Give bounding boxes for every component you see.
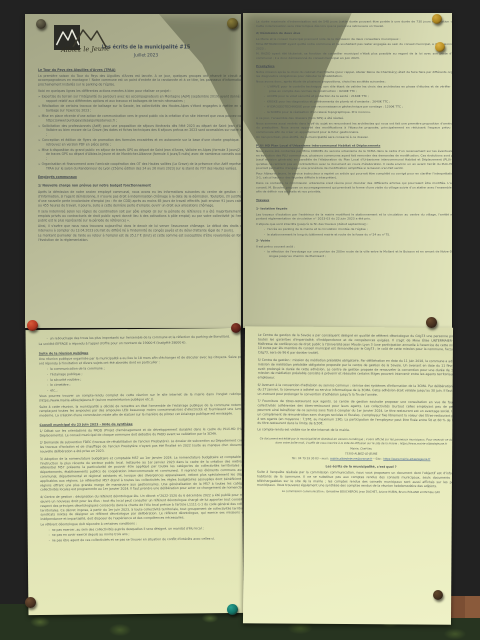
section-heading: 1- Isolation façade [256,207,452,211]
pushpin-red-middle-left [27,320,38,331]
paragraph: Suite à cette réunion, la municipalité a… [39,403,243,418]
paragraph: Pour Albiez-le-Jeune, le service instruc… [256,172,452,181]
paragraph: La société EIFFAGE a répondu à l'appel d… [39,340,244,347]
text: Tél : 04 79 59 30 83 – mail : [292,457,330,460]
page-content: La durée maximale d'indemnisation est de… [243,13,452,259]
paragraph: Nous avons donc, après étude de plusieur… [256,80,452,84]
newsletter-sheet-top-left: Albiez le Jeune Les écrits de la municip… [25,14,241,328]
paragraph: Nous avons été contactés par Mme CORDEL … [256,150,452,171]
pushpin-brown-bottom-right [433,590,443,600]
paragraph: Suite à l'enquête réalisée par la commis… [257,470,453,489]
dash-item: la réfection de l'enrobage sur une porti… [256,250,452,259]
pushpin-olive-top-center [227,18,238,29]
paragraph: Le compte-rendu est visible sur le site … [257,428,453,434]
paragraph: La première saison du Tour du Pays des A… [38,74,241,87]
link-text: https://www.mairie-albiezlejeune.fr [383,458,430,461]
paragraph: 7/ Fourniture de titres-restaurant aux a… [257,400,453,428]
dash-item: HYDROGEOTECHNIQUE pour une reconnaissanc… [256,105,452,109]
newsletter-sheet-top-right: La durée maximale d'indemnisation est de… [243,13,452,328]
paragraph: Ainsi, il s'avère que nous nous trouvons… [38,224,241,233]
pushpin-brown-bottom-left [25,597,36,608]
text: – Site : [372,457,383,460]
paragraph: Vous pourrez trouver un compte-rendu com… [39,392,243,403]
paragraph: Les travaux d'isolation par l'extérieur … [256,213,452,222]
dash-item: L'APAVE pour le contrôle technique, son … [256,85,452,94]
section-heading: PLUi_HD Plan Local d'Urbanisme intercomm… [256,144,452,148]
pushpin-maroon-middle-center [231,323,241,333]
paragraph: Notre mission après le choix du cabinet … [256,70,452,79]
paragraph: Il sera indemnisé selon les règles de co… [38,210,241,223]
paragraph: La durée maximale d'indemnisation est de… [256,20,452,29]
section-heading: Le Tour du Pays des Aiguilles d'Arves (T… [38,68,241,72]
bullet-item: Expertise du terrain sur l'intégralité d… [38,95,241,104]
footer-heading: Les écrits de la municipalité, c'est quo… [257,465,453,471]
link-text: mairie.albiezlejeune@orange.fr [330,457,372,460]
section-heading: 1/ Nouvelle charge non prévue sur notre … [38,184,241,188]
paragraph: Le montant journalier de l'aide au retou… [38,234,241,243]
paragraph: 3/ Adoption de la nomenclature budgétair… [40,455,244,492]
paragraph: 5/ Centre de gestion : mission de médiat… [258,358,453,381]
pushpin-dark-olive-top-left [36,19,46,29]
wood-wall-corner [449,596,480,618]
paragraph: 4/ Centre de gestion : désignation du ré… [40,493,243,522]
dash-item: le stationnement le long du bâtiment mai… [256,233,452,237]
paragraph: Mme BETRANCOURT ayant quitté notre commu… [256,43,452,52]
footer-contact-line: Tél : 04 79 59 30 83 – mail : mairie.alb… [257,457,453,462]
paragraph: 6/ Avenant à la convention d'adhésion au… [258,383,453,398]
paragraph: 2/ Demande de subvention FDEC (travaux d… [40,439,244,454]
pushpin-teal-bottom-center [227,604,238,615]
paragraph: Nous sommes aussi rentrés dans le vif du… [256,122,452,135]
bullet-item: Réalisation de certains travaux de balis… [38,105,241,114]
dash-item: KRISKE pour les diagnostics et prélèveme… [256,100,452,104]
newsletter-sheet-bottom-left: un rebouchage des trous les plus importa… [26,328,244,615]
pushpin-mustard-top-right-lower [435,42,445,52]
bullet-item: Conception et édition de flyers de promo… [38,138,241,147]
paragraph: 1/ Débat sur les orientations du PADD (P… [40,427,244,438]
footer-line: La commission communication : Géraldine … [257,490,453,495]
dash-item: ne pas être agent de ces collectivités e… [41,537,244,544]
commune-logo: Albiez le Jeune [54,25,109,56]
dash-item: l'accès au parking de la mairie et la ci… [256,228,452,232]
page-content: Albiez le Jeune Les écrits de la municip… [25,14,241,243]
section-heading: 2- Voirie [256,239,452,243]
paragraph: Un lien prochain, plus étoffé, de la mun… [256,136,452,140]
footer-note: Ce document est édité par la municipalit… [257,437,453,446]
section-heading: 2/ Démission de deux élus [256,32,452,36]
paragraph: La Maire et le conseil municipal prennen… [256,37,452,41]
paragraph: Il stipule que sont interdits (jusqu'à l… [256,222,452,226]
pushpin-mustard-top-right-upper [432,14,442,24]
dash-item: ACCEN pour le volet sécurité et protecti… [256,95,452,99]
bullet-item: Mise à disposition du grand public en sé… [38,148,241,161]
paragraph: Après la démission de notre ancien emplo… [38,191,241,209]
section-heading: Presbytère [256,65,452,69]
section-heading: Employés communaux [38,175,241,179]
paragraph: Dans ce contexte, la commission urbanism… [256,181,452,194]
page-content: Le Centre de gestion de la Savoie a par … [244,326,453,495]
paragraph: Le Centre de gestion de la Savoie a par … [258,333,453,356]
photo-of-posted-newsletter: Albiez le Jeune Les écrits de la municip… [0,0,480,640]
paragraph: A ce jour, l'ensemble des dossiers (hors… [256,117,452,121]
newsletter-sheet-bottom-right: Le Centre de gestion de la Savoie a par … [243,326,453,624]
page-content: un rebouchage des trous les plus importa… [26,328,244,544]
dash-item: la SOREA pour la réalisation d'un relevé… [256,110,452,114]
paragraph: Il est prévu courant août : [256,245,452,249]
paragraph: Voici en quelques lignes les différentes… [38,90,241,94]
paragraph: M. RAZIO ayant été titularisé, sa foncti… [256,52,452,61]
bullet-item: Mise en place récente d'une action de co… [38,114,241,123]
bullet-item: Organisation et financement avec l'amica… [38,162,241,171]
pushpin-brown-middle-right [426,317,437,328]
section-heading: Travaux [256,198,452,202]
bullet-item: Sollicitation des professionnels (AeM) p… [38,124,241,137]
